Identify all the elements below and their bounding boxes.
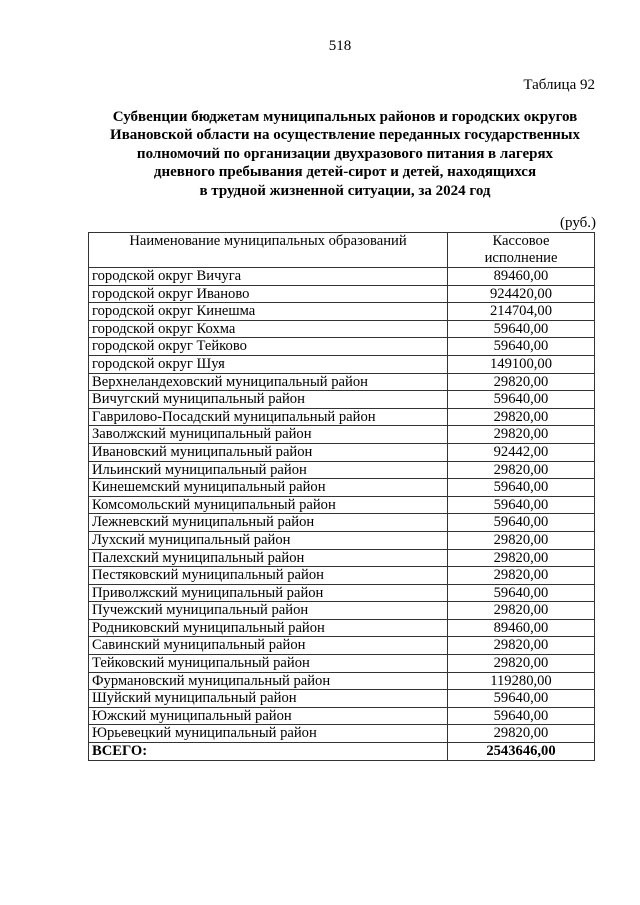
page-number: 518	[0, 37, 640, 55]
cash-execution-value: 29820,00	[448, 637, 595, 655]
cash-execution-value: 29820,00	[448, 725, 595, 743]
municipality-name: Пестяковский муниципальный район	[89, 567, 448, 585]
table-row: Ильинский муниципальный район29820,00	[89, 461, 595, 479]
cash-execution-value: 29820,00	[448, 373, 595, 391]
cash-execution-value: 59640,00	[448, 338, 595, 356]
cash-execution-value: 59640,00	[448, 584, 595, 602]
header-value: Кассовое исполнение	[448, 233, 595, 268]
cash-execution-value: 59640,00	[448, 496, 595, 514]
cash-execution-value: 29820,00	[448, 549, 595, 567]
municipality-name: Заволжский муниципальный район	[89, 426, 448, 444]
total-label: ВСЕГО:	[89, 743, 448, 761]
table-row: Юрьевецкий муниципальный район29820,00	[89, 725, 595, 743]
header-value-line2: исполнение	[485, 250, 558, 266]
municipality-name: Ильинский муниципальный район	[89, 461, 448, 479]
cash-execution-value: 29820,00	[448, 567, 595, 585]
municipality-name: Родниковский муниципальный район	[89, 619, 448, 637]
table-row: городской округ Кохма59640,00	[89, 320, 595, 338]
cash-execution-value: 214704,00	[448, 303, 595, 321]
municipality-name: городской округ Шуя	[89, 355, 448, 373]
municipality-name: городской округ Кинешма	[89, 303, 448, 321]
municipality-name: Вичугский муниципальный район	[89, 391, 448, 409]
table-row: городской округ Вичуга89460,00	[89, 268, 595, 286]
cash-execution-value: 59640,00	[448, 514, 595, 532]
table-label: Таблица 92	[523, 76, 595, 94]
table-header-row: Наименование муниципальных образований К…	[89, 233, 595, 268]
total-value: 2543646,00	[448, 743, 595, 761]
cash-execution-value: 59640,00	[448, 690, 595, 708]
title-line: дневного пребывания детей-сирот и детей,…	[88, 163, 602, 181]
municipality-name: Палехский муниципальный район	[89, 549, 448, 567]
cash-execution-value: 29820,00	[448, 655, 595, 673]
municipality-name: Южский муниципальный район	[89, 707, 448, 725]
cash-execution-value: 59640,00	[448, 320, 595, 338]
table-row: Вичугский муниципальный район59640,00	[89, 391, 595, 409]
municipality-name: Гаврилово-Посадский муниципальный район	[89, 408, 448, 426]
title-line: в трудной жизненной ситуации, за 2024 го…	[88, 182, 602, 200]
municipality-name: Приволжский муниципальный район	[89, 584, 448, 602]
municipality-name: Ивановский муниципальный район	[89, 443, 448, 461]
cash-execution-value: 29820,00	[448, 461, 595, 479]
cash-execution-value: 119280,00	[448, 672, 595, 690]
table-row: Кинешемский муниципальный район59640,00	[89, 479, 595, 497]
table-body: городской округ Вичуга89460,00городской …	[89, 268, 595, 761]
table-row: Лежневский муниципальный район59640,00	[89, 514, 595, 532]
municipality-name: городской округ Кохма	[89, 320, 448, 338]
table-row: Ивановский муниципальный район92442,00	[89, 443, 595, 461]
table-row: Пестяковский муниципальный район29820,00	[89, 567, 595, 585]
table-row: Лухский муниципальный район29820,00	[89, 531, 595, 549]
table-row: Савинский муниципальный район29820,00	[89, 637, 595, 655]
subventions-table: Наименование муниципальных образований К…	[88, 232, 595, 761]
municipality-name: городской округ Иваново	[89, 285, 448, 303]
table-row: Заволжский муниципальный район29820,00	[89, 426, 595, 444]
municipality-name: Тейковский муниципальный район	[89, 655, 448, 673]
cash-execution-value: 59640,00	[448, 479, 595, 497]
total-row: ВСЕГО:2543646,00	[89, 743, 595, 761]
table-row: Верхнеландеховский муниципальный район29…	[89, 373, 595, 391]
header-name: Наименование муниципальных образований	[89, 233, 448, 268]
table-row: Родниковский муниципальный район89460,00	[89, 619, 595, 637]
cash-execution-value: 59640,00	[448, 391, 595, 409]
municipality-name: Пучежский муниципальный район	[89, 602, 448, 620]
title-line: полномочий по организации двухразового п…	[88, 145, 602, 163]
municipality-name: Кинешемский муниципальный район	[89, 479, 448, 497]
municipality-name: городской округ Тейково	[89, 338, 448, 356]
table-row: городской округ Шуя149100,00	[89, 355, 595, 373]
table-row: Пучежский муниципальный район29820,00	[89, 602, 595, 620]
cash-execution-value: 29820,00	[448, 408, 595, 426]
municipality-name: Комсомольский муниципальный район	[89, 496, 448, 514]
municipality-name: Лежневский муниципальный район	[89, 514, 448, 532]
cash-execution-value: 149100,00	[448, 355, 595, 373]
table-row: Шуйский муниципальный район59640,00	[89, 690, 595, 708]
cash-execution-value: 29820,00	[448, 602, 595, 620]
cash-execution-value: 29820,00	[448, 531, 595, 549]
municipality-name: Лухский муниципальный район	[89, 531, 448, 549]
document-title: Субвенции бюджетам муниципальных районов…	[88, 108, 602, 200]
title-line: Ивановской области на осуществление пере…	[88, 126, 602, 144]
table-row: Южский муниципальный район59640,00	[89, 707, 595, 725]
header-value-line1: Кассовое	[492, 233, 549, 249]
table-row: Комсомольский муниципальный район59640,0…	[89, 496, 595, 514]
table-row: Фурмановский муниципальный район119280,0…	[89, 672, 595, 690]
municipality-name: городской округ Вичуга	[89, 268, 448, 286]
municipality-name: Шуйский муниципальный район	[89, 690, 448, 708]
table-row: городской округ Тейково59640,00	[89, 338, 595, 356]
title-line: Субвенции бюджетам муниципальных районов…	[88, 108, 602, 126]
cash-execution-value: 59640,00	[448, 707, 595, 725]
cash-execution-value: 89460,00	[448, 619, 595, 637]
table-row: Гаврилово-Посадский муниципальный район2…	[89, 408, 595, 426]
table-row: городской округ Кинешма214704,00	[89, 303, 595, 321]
cash-execution-value: 89460,00	[448, 268, 595, 286]
cash-execution-value: 92442,00	[448, 443, 595, 461]
municipality-name: Фурмановский муниципальный район	[89, 672, 448, 690]
table-row: городской округ Иваново924420,00	[89, 285, 595, 303]
table-row: Приволжский муниципальный район59640,00	[89, 584, 595, 602]
municipality-name: Верхнеландеховский муниципальный район	[89, 373, 448, 391]
municipality-name: Юрьевецкий муниципальный район	[89, 725, 448, 743]
municipality-name: Савинский муниципальный район	[89, 637, 448, 655]
units-label: (руб.)	[560, 215, 596, 232]
table-row: Палехский муниципальный район29820,00	[89, 549, 595, 567]
cash-execution-value: 924420,00	[448, 285, 595, 303]
cash-execution-value: 29820,00	[448, 426, 595, 444]
table-row: Тейковский муниципальный район29820,00	[89, 655, 595, 673]
